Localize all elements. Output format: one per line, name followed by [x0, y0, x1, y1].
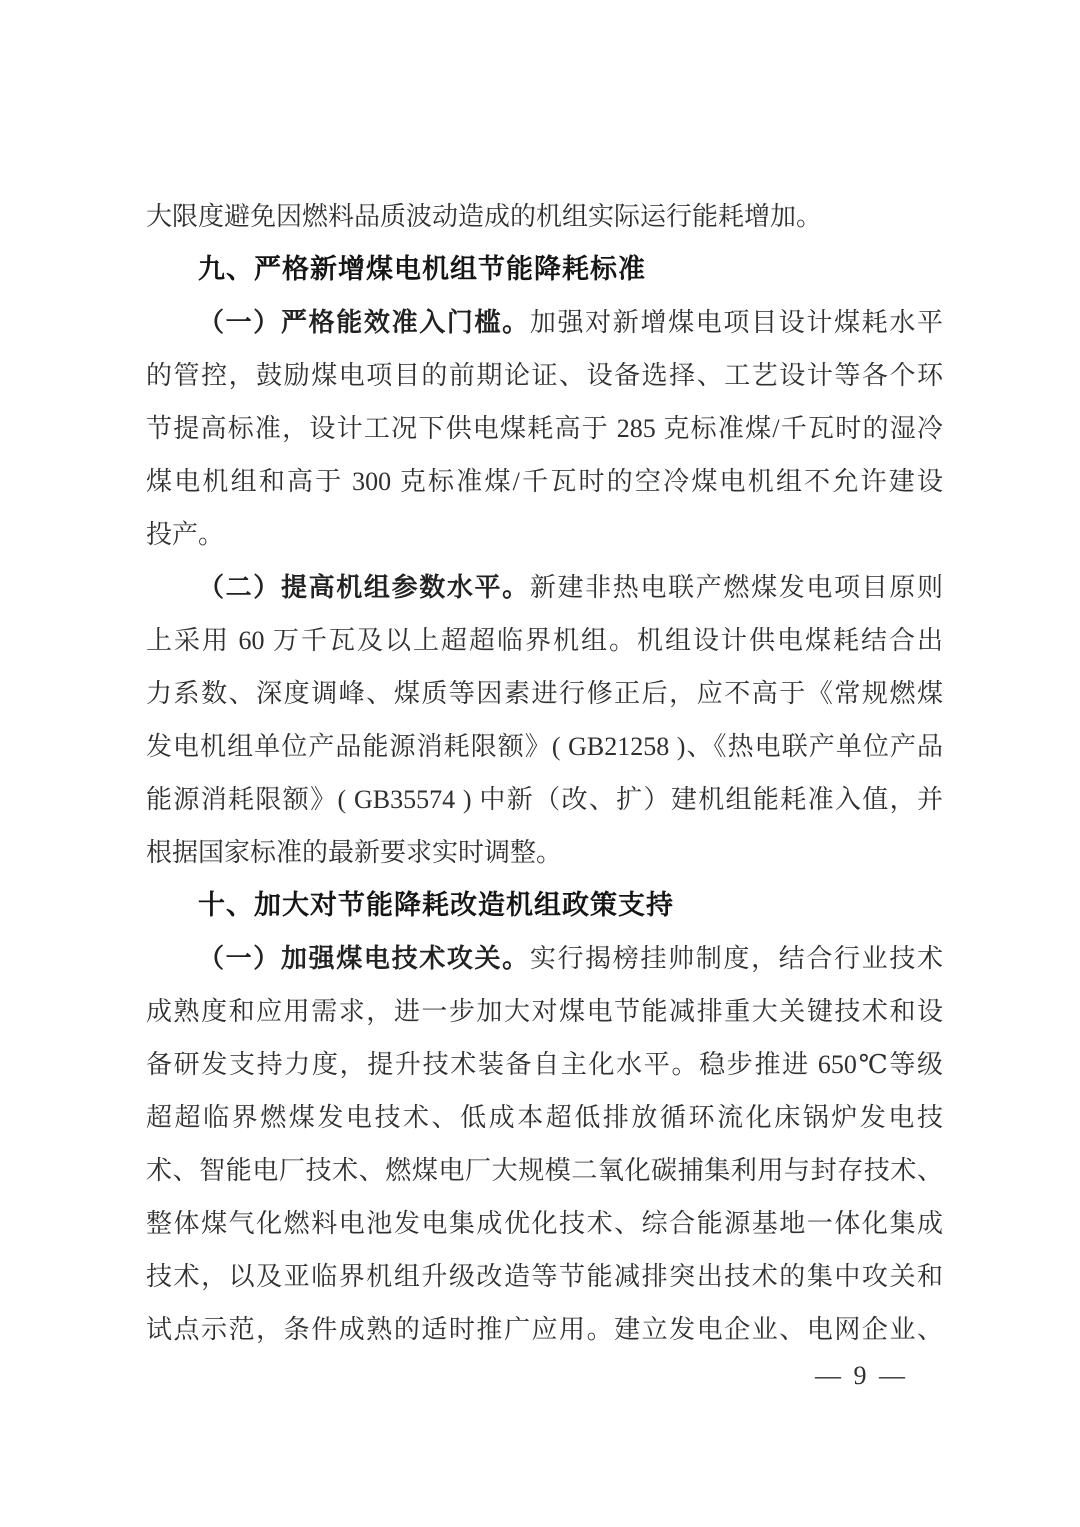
text-line: 大限度避免因燃料品质波动造成的机组实际运行能耗增加。: [146, 190, 943, 243]
text-line: 超超临界燃煤发电技术、低成本超低排放循环流化床锅炉发电技: [146, 1091, 943, 1144]
lead-emphasis: （二）提高机组参数水平。: [198, 573, 530, 602]
text-line: （一）严格能效准入门槛。加强对新增煤电项目设计煤耗水平: [146, 296, 943, 349]
text-line: 成熟度和应用需求，进一步加大对煤电节能减排重大关键技术和设: [146, 985, 943, 1038]
text-line: 术、智能电厂技术、燃煤电厂大规模二氧化碳捕集利用与封存技术、: [146, 1144, 943, 1197]
text-line: 发电机组单位产品能源消耗限额》( GB21258 )、《热电联产单位产品: [146, 720, 943, 773]
text-line: 根据国家标准的最新要求实时调整。: [146, 826, 943, 879]
lead-emphasis: （一）严格能效准入门槛。: [198, 308, 530, 337]
text-line: 投产。: [146, 508, 943, 561]
text-line: （一）加强煤电技术攻关。实行揭榜挂帅制度，结合行业技术: [146, 932, 943, 985]
section-heading: 十、加大对节能降耗改造机组政策支持: [146, 879, 943, 932]
text-line: 整体煤气化燃料电池发电集成优化技术、综合能源基地一体化集成: [146, 1197, 943, 1250]
page-number: — 9 —: [815, 1349, 908, 1402]
text-line: 能源消耗限额》( GB35574 ) 中新（改、扩）建机组能耗准入值，并: [146, 773, 943, 826]
text-line: 备研发支持力度，提升技术装备自主化水平。稳步推进 650℃等级: [146, 1038, 943, 1091]
text-line: 节提高标准，设计工况下供电煤耗高于 285 克标准煤/千瓦时的湿冷: [146, 402, 943, 455]
text-line: 力系数、深度调峰、煤质等因素进行修正后，应不高于《常规燃煤: [146, 667, 943, 720]
text-line: 的管控，鼓励煤电项目的前期论证、设备选择、工艺设计等各个环: [146, 349, 943, 402]
text-line: 技术，以及亚临界机组升级改造等节能减排突出技术的集中攻关和: [146, 1250, 943, 1303]
document-page: 大限度避免因燃料品质波动造成的机组实际运行能耗增加。九、严格新增煤电机组节能降耗…: [0, 0, 1080, 1527]
lead-emphasis: （一）加强煤电技术攻关。: [198, 944, 530, 973]
section-heading: 九、严格新增煤电机组节能降耗标准: [146, 243, 943, 296]
text-line: 上采用 60 万千瓦及以上超超临界机组。机组设计供电煤耗结合出: [146, 614, 943, 667]
text-line: 煤电机组和高于 300 克标准煤/千瓦时的空冷煤电机组不允许建设: [146, 455, 943, 508]
text-line: （二）提高机组参数水平。新建非热电联产燃煤发电项目原则: [146, 561, 943, 614]
document-text: 大限度避免因燃料品质波动造成的机组实际运行能耗增加。九、严格新增煤电机组节能降耗…: [146, 190, 943, 1356]
